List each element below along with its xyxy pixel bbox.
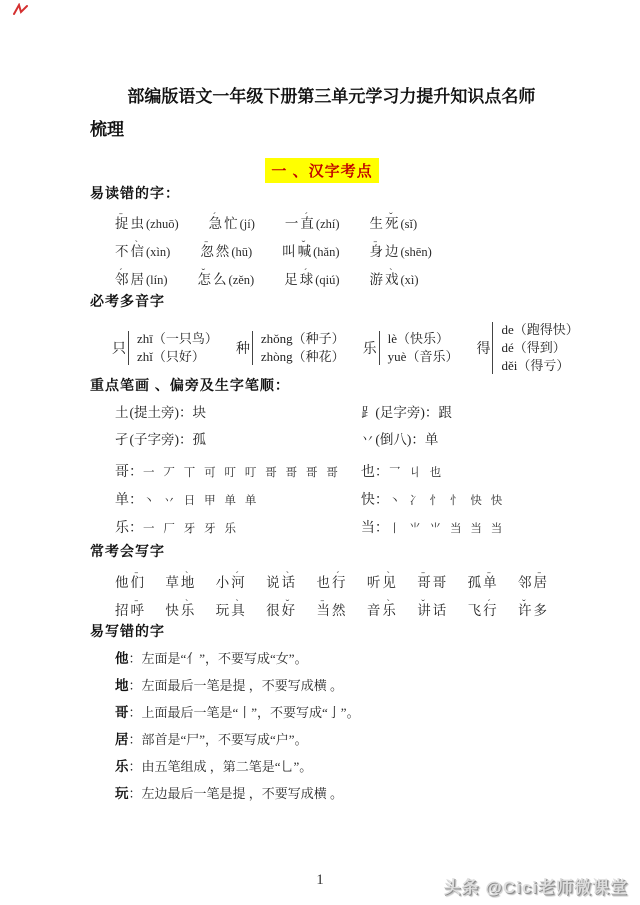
miswritten-note: ：左面是“亻”，不要写成“女”。 <box>129 651 308 666</box>
pinyin-annotation: (lín) <box>146 273 168 287</box>
word-text: 孤单ˉ <box>468 575 499 590</box>
word-item: 讲话ˇ <box>417 600 448 621</box>
miswritten-item: 玩：左边最后一笔是提 ，不要写成横 。 <box>115 780 554 807</box>
radical-label: (倒八)： <box>375 432 425 447</box>
reading: zhòng（种花） <box>261 348 345 366</box>
word-text: 很好ˇ <box>266 603 297 618</box>
pinyin-annotation: (qiú) <box>315 273 339 287</box>
radical-label: (提土旁)： <box>130 405 193 420</box>
pinyin-annotation: (shēn) <box>401 245 432 259</box>
pinyin-annotation: (sǐ) <box>401 217 418 231</box>
miswritten-char: 哥 <box>115 705 129 720</box>
stroke-char: 单： <box>115 493 143 508</box>
stroke-line: 乐：一 厂 牙 牙 乐 <box>115 516 361 541</box>
word-item: 不信ˋ(xìn) <box>115 241 170 263</box>
word-text: 他们ˉ <box>115 575 146 590</box>
word-item: 哥哥ˉ <box>417 572 448 593</box>
radical-example: 跟 <box>438 405 454 420</box>
corner-red-mark <box>12 3 30 16</box>
document-content: 部编版语文一年级下册第三单元学习力提升知识点名师梳理 一 、汉字考点 易读错的字… <box>90 0 554 807</box>
stroke-char: 哥： <box>115 465 143 480</box>
tone-mark: ˇ <box>286 594 290 615</box>
heading-easily-miswritten: 易写错的字 <box>90 621 554 641</box>
miswritten-item: 他：左面是“亻”，不要写成“女”。 <box>115 645 554 672</box>
radical-grid: 土(提土旁)：块⻊(足字旁)：跟孑(子字旁)：孤丷(倒八)：单 <box>115 403 554 450</box>
miswritten-char: 他 <box>115 651 129 666</box>
polyphonic-group: 得de（跑得快）dé（得到）děi（得亏） <box>476 321 578 375</box>
readings: lè（快乐）yuè（音乐） <box>388 330 459 366</box>
polyphonic-group: 只zhī（一只鸟）zhǐ（只好） <box>112 330 218 366</box>
word-text: 讲话ˇ <box>417 603 448 618</box>
polyphonic-char: 乐 <box>363 338 377 358</box>
pinyin-annotation: (xì) <box>401 273 419 287</box>
polyphonic-groups: 只zhī（一只鸟）zhǐ（只好）种zhǒng（种子）zhòng（种花）乐lè（快… <box>112 321 554 375</box>
watermark: 头条 @Cici老师微课堂 <box>444 873 628 898</box>
word-text: 忽然ˉ <box>200 244 231 259</box>
stroke-sequence: 丨 ⺌ ⺌ 当 当 当 <box>389 523 505 535</box>
tone-mark: ˊ <box>487 594 491 615</box>
radical-example: 块 <box>193 405 209 420</box>
miswritten-note: ：上面最后一笔是“丨”，不要写成“亅”。 <box>129 705 360 720</box>
word-item: 游戏ˋ(xì) <box>370 269 419 291</box>
miswritten-char: 地 <box>115 678 129 693</box>
tone-mark: ˋ <box>389 263 393 284</box>
reading: dé（得到） <box>501 339 578 357</box>
tone-mark: ˊ <box>304 263 308 284</box>
reading: yuè（音乐） <box>388 348 459 366</box>
word-row: 招呼ˉ快乐ˋ玩具ˋ很好ˇ当然ˉ音乐ˋ讲话ˇ飞行ˊ许多ˇ <box>115 593 549 621</box>
word-item: 叫喊ˇ(hǎn) <box>282 241 339 263</box>
tone-mark: ˊ <box>336 566 340 587</box>
word-text: 音乐ˋ <box>367 603 398 618</box>
word-item: 足球ˊ(qiú) <box>284 269 339 291</box>
word-text: 游戏ˋ <box>370 272 401 287</box>
radical-item: 丷(倒八)：单 <box>361 430 554 450</box>
tone-mark: ˋ <box>185 594 189 615</box>
word-text: 招呼ˉ <box>115 603 146 618</box>
tone-mark: ˉ <box>538 566 542 587</box>
radical-symbol: ⻊ <box>361 405 375 420</box>
word-item: 忽然ˉ(hū) <box>200 241 252 263</box>
miswritten-item: 乐：由五笔组成 ，第二笔是“乚”。 <box>115 753 554 780</box>
radical-item: 孑(子字旁)：孤 <box>115 430 361 450</box>
word-text: 身边ˉ <box>370 244 401 259</box>
easily-misread-words: 捉虫ˉ(zhuō)急忙ˊ(jí)一直ˊ(zhí)生死ˇ(sǐ)不信ˋ(xìn)忽… <box>115 207 554 291</box>
word-item: 飞行ˊ <box>468 600 499 621</box>
word-row: 捉虫ˉ(zhuō)急忙ˊ(jí)一直ˊ(zhí)生死ˇ(sǐ) <box>115 207 554 235</box>
miswritten-note: ：由五笔组成 ，第二笔是“乚”。 <box>129 759 313 774</box>
stroke-line: 单：丶 丷 日 甲 单 单 <box>115 488 361 513</box>
tone-mark: ˇ <box>302 235 306 256</box>
word-text: 一直ˊ <box>285 216 316 231</box>
word-text: 草地ˋ <box>165 575 196 590</box>
tone-mark: ˊ <box>304 207 308 228</box>
word-item: 当然ˉ <box>317 600 348 621</box>
word-item: 急忙ˊ(jí) <box>209 213 255 235</box>
radical-label: (子字旁)： <box>130 432 193 447</box>
stroke-line: 当：丨 ⺌ ⺌ 当 当 当 <box>361 516 554 541</box>
brace <box>492 322 497 374</box>
stroke-line: 也：乛 丩 也 <box>361 460 554 485</box>
tone-mark: ˉ <box>119 207 123 228</box>
must-write-words: 他们ˉ草地ˋ小河ˊ说话ˋ也行ˊ听见ˋ哥哥ˉ孤单ˉ邻居ˉ招呼ˉ快乐ˋ玩具ˋ很好ˇ当… <box>115 565 549 621</box>
word-item: 招呼ˉ <box>115 600 146 621</box>
tone-mark: ˋ <box>185 566 189 587</box>
tone-mark: ˇ <box>522 594 526 615</box>
tone-mark: ˋ <box>135 235 139 256</box>
word-item: 很好ˇ <box>266 600 297 621</box>
word-item: 邻居ˉ <box>518 572 549 593</box>
word-item: 听见ˋ <box>367 572 398 593</box>
miswritten-item: 哥：上面最后一笔是“丨”，不要写成“亅”。 <box>115 699 554 726</box>
word-text: 生死ˇ <box>370 216 401 231</box>
word-item: 他们ˉ <box>115 572 146 593</box>
miswritten-char: 玩 <box>115 786 129 801</box>
word-text: 不信ˋ <box>115 244 146 259</box>
tone-mark: ˊ <box>235 566 239 587</box>
word-text: 足球ˊ <box>284 272 315 287</box>
tone-mark: ˊ <box>119 263 123 284</box>
tone-mark: ˉ <box>487 566 491 587</box>
miswritten-note: ：左边最后一笔是提 ，不要写成横 。 <box>129 786 344 801</box>
brace <box>379 331 384 365</box>
word-text: 也行ˊ <box>317 575 348 590</box>
reading: zhǒng（种子） <box>261 330 345 348</box>
tone-mark: ˇ <box>202 263 206 284</box>
stroke-char: 也： <box>361 465 389 480</box>
tone-mark: ˋ <box>386 594 390 615</box>
reading: de（跑得快） <box>501 321 578 339</box>
document-page: 部编版语文一年级下册第三单元学习力提升知识点名师梳理 一 、汉字考点 易读错的字… <box>0 0 640 905</box>
readings: zhǒng（种子）zhòng（种花） <box>261 330 345 366</box>
word-item: 生死ˇ(sǐ) <box>370 213 418 235</box>
word-text: 怎么ˇ <box>198 272 229 287</box>
brace <box>128 331 133 365</box>
radical-label: (足字旁)： <box>375 405 438 420</box>
stroke-char: 快： <box>361 493 389 508</box>
stroke-sequence: 丶 丷 日 甲 单 单 <box>143 495 259 507</box>
pinyin-annotation: (zěn) <box>229 273 255 287</box>
polyphonic-char: 得 <box>476 338 490 358</box>
word-text: 捉虫ˉ <box>115 216 146 231</box>
word-item: 孤单ˉ <box>468 572 499 593</box>
page-title: 部编版语文一年级下册第三单元学习力提升知识点名师梳理 <box>90 0 540 146</box>
pinyin-annotation: (hǎn) <box>313 245 339 259</box>
tone-mark: ˇ <box>389 207 393 228</box>
radical-symbol: 孑 <box>115 432 129 447</box>
radical-example: 孤 <box>193 432 209 447</box>
stroke-order-lines: 哥：一 丆 丅 可 叮 叮 哥 哥 哥 哥也：乛 丩 也单：丶 丷 日 甲 单 … <box>115 460 554 541</box>
word-text: 叫喊ˇ <box>282 244 313 259</box>
stroke-sequence: 一 丆 丅 可 叮 叮 哥 哥 哥 哥 <box>143 467 341 479</box>
miswritten-note: ：左面最后一笔是提 ，不要写成横 。 <box>129 678 344 693</box>
readings: de（跑得快）dé（得到）děi（得亏） <box>501 321 578 375</box>
word-item: 小河ˊ <box>216 572 247 593</box>
reading: děi（得亏） <box>501 357 578 375</box>
miswritten-char: 居 <box>115 732 129 747</box>
word-item: 怎么ˇ(zěn) <box>198 269 255 291</box>
word-item: 许多ˇ <box>518 600 549 621</box>
word-item: 身边ˉ(shēn) <box>370 241 432 263</box>
pinyin-annotation: (hū) <box>231 245 252 259</box>
word-row: 他们ˉ草地ˋ小河ˊ说话ˋ也行ˊ听见ˋ哥哥ˉ孤单ˉ邻居ˉ <box>115 565 549 593</box>
stroke-line: 快：丶 冫 忄 忄 快 快 <box>361 488 554 513</box>
tone-mark: ˉ <box>421 566 425 587</box>
word-text: 小河ˊ <box>216 575 247 590</box>
radical-item: ⻊(足字旁)：跟 <box>361 403 554 423</box>
readings: zhī（一只鸟）zhǐ（只好） <box>137 330 218 366</box>
polyphonic-char: 种 <box>236 338 250 358</box>
word-item: 草地ˋ <box>165 572 196 593</box>
word-text: 快乐ˋ <box>165 603 196 618</box>
word-item: 音乐ˋ <box>367 600 398 621</box>
word-text: 飞行ˊ <box>468 603 499 618</box>
pinyin-annotation: (zhí) <box>316 217 340 231</box>
tone-mark: ˊ <box>213 207 217 228</box>
word-item: 捉虫ˉ(zhuō) <box>115 213 179 235</box>
radical-example: 单 <box>425 432 441 447</box>
miswritten-char: 乐 <box>115 759 129 774</box>
tone-mark: ˋ <box>235 594 239 615</box>
tone-mark: ˉ <box>204 235 208 256</box>
word-text: 听见ˋ <box>367 575 398 590</box>
tone-mark: ˇ <box>421 594 425 615</box>
tone-mark: ˋ <box>286 566 290 587</box>
miswritten-item: 居：部首是“尸”，不要写成“户”。 <box>115 726 554 753</box>
radical-symbol: 丷 <box>361 432 375 447</box>
word-text: 说话ˋ <box>266 575 297 590</box>
radical-item: 土(提土旁)：块 <box>115 403 361 423</box>
tone-mark: ˉ <box>135 566 139 587</box>
word-item: 说话ˋ <box>266 572 297 593</box>
stroke-char: 乐： <box>115 521 143 536</box>
tone-mark: ˉ <box>321 594 325 615</box>
section-banner: 一 、汉字考点 <box>265 158 378 183</box>
heading-easily-misread: 易读错的字： <box>90 183 554 203</box>
reading: lè（快乐） <box>388 330 459 348</box>
stroke-char: 当： <box>361 521 389 536</box>
word-item: 邻居ˊ(lín) <box>115 269 168 291</box>
tone-mark: ˋ <box>386 566 390 587</box>
polyphonic-group: 种zhǒng（种子）zhòng（种花） <box>236 330 345 366</box>
word-item: 一直ˊ(zhí) <box>285 213 340 235</box>
word-item: 玩具ˋ <box>216 600 247 621</box>
word-text: 邻居ˉ <box>518 575 549 590</box>
word-text: 玩具ˋ <box>216 603 247 618</box>
heading-must-write: 常考会写字 <box>90 541 554 561</box>
polyphonic-group: 乐lè（快乐）yuè（音乐） <box>363 330 459 366</box>
word-text: 急忙ˊ <box>209 216 240 231</box>
polyphonic-char: 只 <box>112 338 126 358</box>
stroke-sequence: 乛 丩 也 <box>389 467 444 479</box>
word-item: 也行ˊ <box>317 572 348 593</box>
word-row: 不信ˋ(xìn)忽然ˉ(hū)叫喊ˇ(hǎn)身边ˉ(shēn) <box>115 235 554 263</box>
radical-symbol: 土 <box>115 405 129 420</box>
tone-mark: ˉ <box>374 235 378 256</box>
reading: zhǐ（只好） <box>137 348 218 366</box>
heading-polyphonic: 必考多音字 <box>90 291 554 311</box>
word-row: 邻居ˊ(lín)怎么ˇ(zěn)足球ˊ(qiú)游戏ˋ(xì) <box>115 263 554 291</box>
pinyin-annotation: (jí) <box>240 217 255 231</box>
miswritten-item: 地：左面最后一笔是提 ，不要写成横 。 <box>115 672 554 699</box>
miswritten-note: ：部首是“尸”，不要写成“户”。 <box>129 732 308 747</box>
stroke-sequence: 一 厂 牙 牙 乐 <box>143 523 239 535</box>
section-banner-row: 一 、汉字考点 <box>90 158 554 183</box>
easily-miswritten-list: 他：左面是“亻”，不要写成“女”。地：左面最后一笔是提 ，不要写成横 。哥：上面… <box>115 645 554 807</box>
stroke-line: 哥：一 丆 丅 可 叮 叮 哥 哥 哥 哥 <box>115 460 361 485</box>
word-text: 许多ˇ <box>518 603 549 618</box>
tone-mark: ˉ <box>135 594 139 615</box>
word-text: 当然ˉ <box>317 603 348 618</box>
word-text: 哥哥ˉ <box>417 575 448 590</box>
word-text: 邻居ˊ <box>115 272 146 287</box>
heading-strokes-radicals: 重点笔画 、偏旁及生字笔顺： <box>90 375 554 395</box>
pinyin-annotation: (xìn) <box>146 245 170 259</box>
reading: zhī（一只鸟） <box>137 330 218 348</box>
pinyin-annotation: (zhuō) <box>146 217 179 231</box>
brace <box>252 331 257 365</box>
stroke-sequence: 丶 冫 忄 忄 快 快 <box>389 495 505 507</box>
word-item: 快乐ˋ <box>165 600 196 621</box>
